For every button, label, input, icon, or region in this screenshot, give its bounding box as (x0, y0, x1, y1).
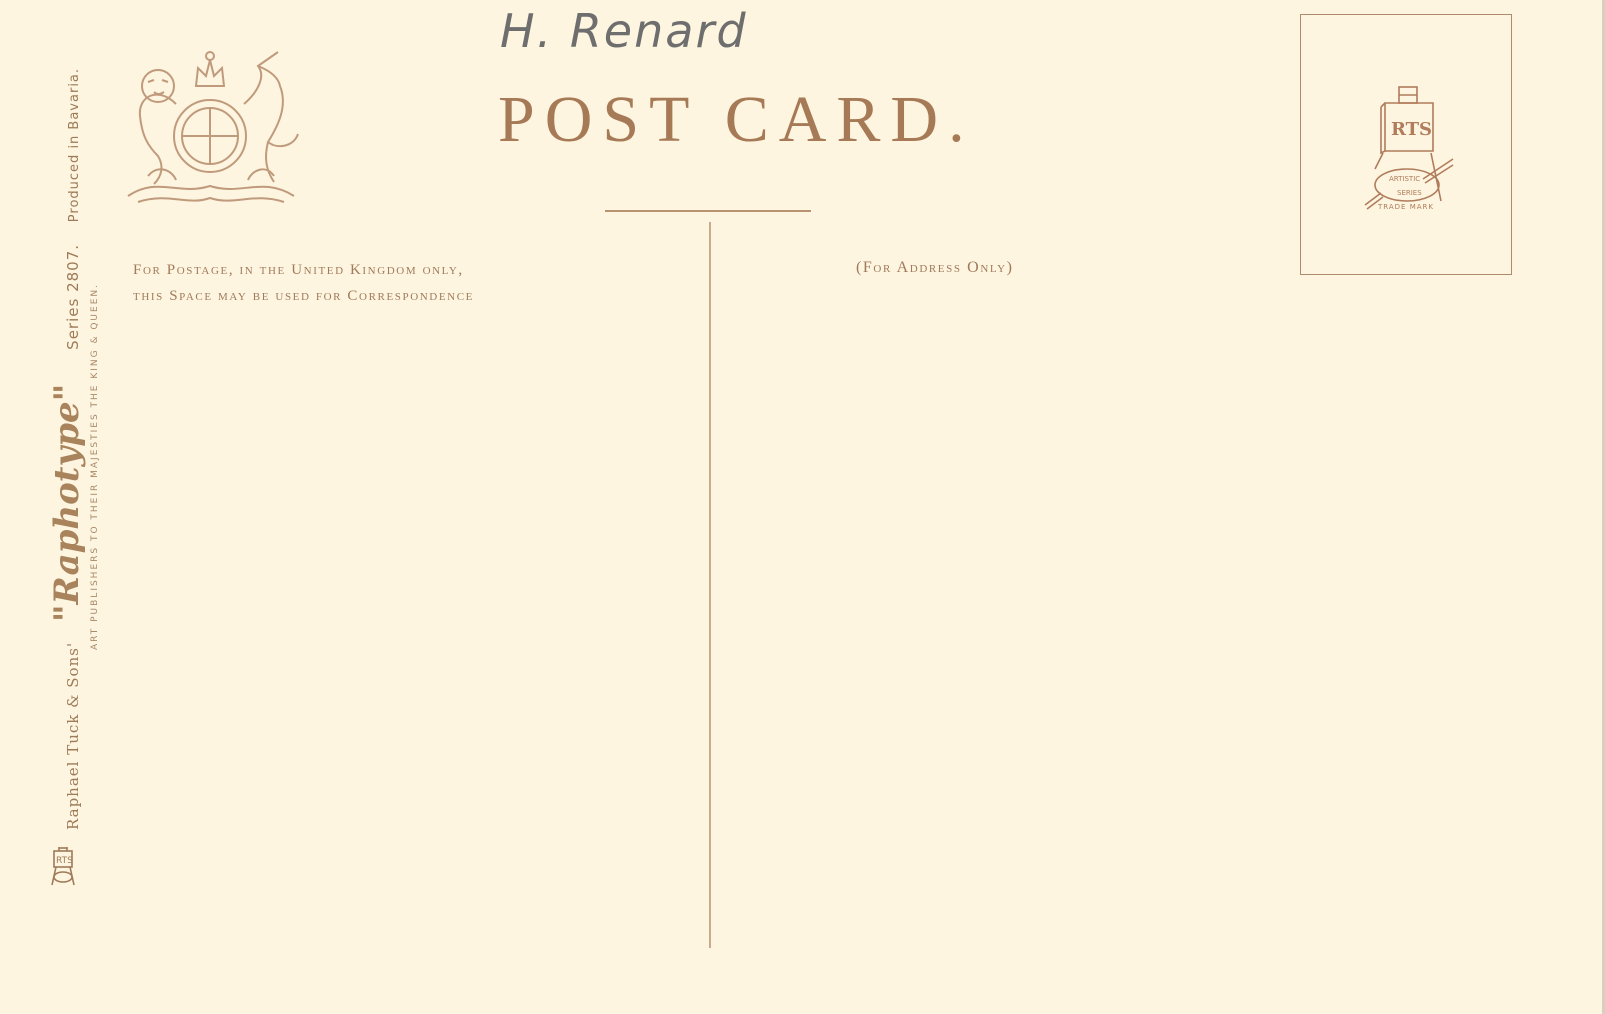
svg-text:RTS: RTS (1391, 119, 1432, 140)
center-divider (709, 222, 711, 948)
trademark-label: TRADE MARK (1301, 203, 1511, 211)
svg-text:RTS: RTS (56, 856, 73, 866)
artistic-series-easel-icon: RTS ARTISTIC SERIES (1363, 73, 1455, 223)
publisher-imprint: Raphael Tuck & Sons' "Raphotype" Series … (47, 68, 87, 830)
svg-text:ARTISTIC: ARTISTIC (1389, 175, 1420, 183)
brand-name: "Raphotype" (47, 384, 87, 623)
stamp-box: RTS ARTISTIC SERIES TRADE MARK (1300, 14, 1512, 275)
correspondence-instructions: For Postage, in the United Kingdom only,… (133, 257, 474, 309)
postcard-back: Raphael Tuck & Sons' "Raphotype" Series … (0, 0, 1605, 1014)
tuck-easel-icon: RTS (48, 845, 78, 887)
address-label: (For Address Only) (856, 259, 1014, 277)
title-underline (605, 210, 811, 212)
royal-coat-of-arms-icon (118, 46, 302, 208)
royal-appointment: ART PUBLISHERS TO THEIR MAJESTIES THE KI… (90, 283, 100, 650)
series-number: Series 2807. (64, 244, 82, 350)
postcard-title: POST CARD. (498, 82, 975, 158)
publisher-name: Raphael Tuck & Sons' (64, 642, 82, 830)
produced-in: Produced in Bavaria. (67, 68, 82, 222)
svg-text:SERIES: SERIES (1397, 189, 1422, 197)
handwritten-signature: H. Renard (500, 4, 748, 58)
correspondence-line-1: For Postage, in the United Kingdom only, (133, 257, 474, 283)
correspondence-line-2: this Space may be used for Correspondenc… (133, 283, 474, 309)
